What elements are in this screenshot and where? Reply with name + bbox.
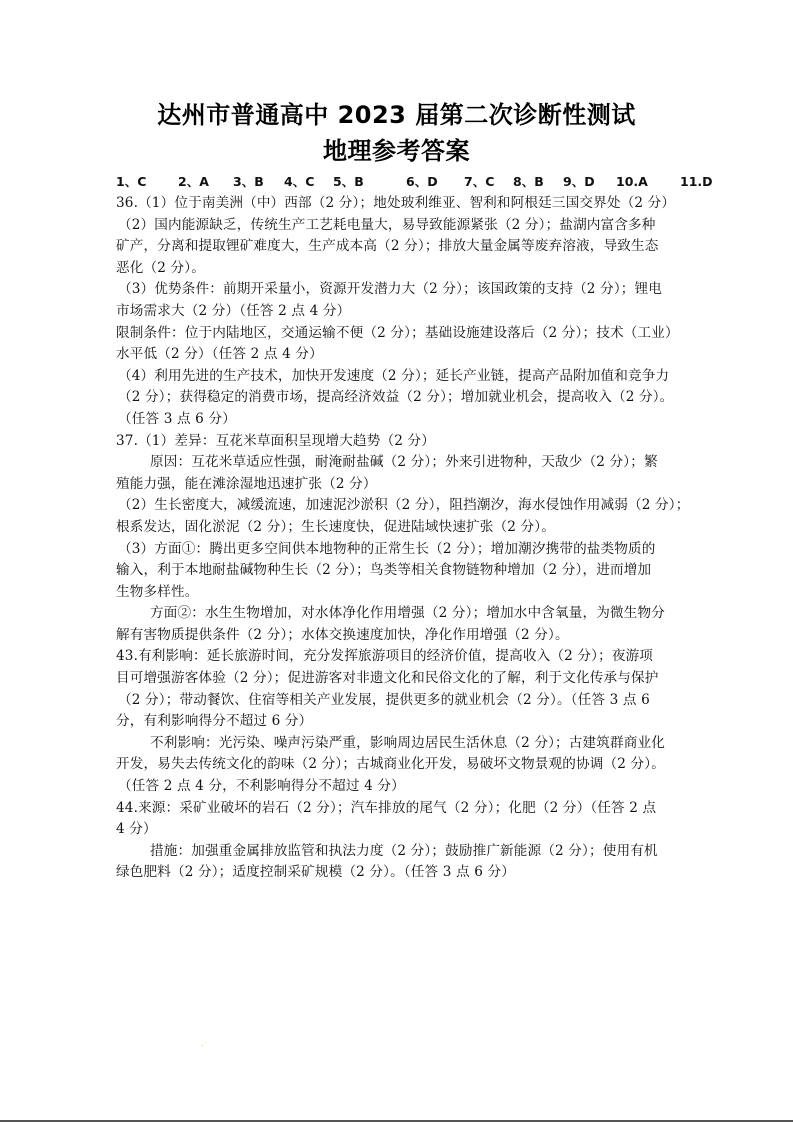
answer-line: 方面②：水生生物增加，对水体净化作用增强（2 分）；增加水中含氧量，为微生物分	[116, 603, 694, 625]
answer-line: （4）利用先进的生产技术，加快开发速度（2 分）；延长产业链，提高产品附加值和竞…	[116, 366, 694, 388]
answer-line: 分，有利影响得分不超过 6 分）	[116, 711, 694, 733]
mc-answer: 9、D	[563, 172, 595, 192]
document-title: 达州市普通高中 2023 届第二次诊断性测试	[0, 98, 793, 132]
answer-line: （2）生长密度大，减缓流速，加速泥沙淤积（2 分），阻挡潮汐，海水侵蚀作用减弱（…	[116, 495, 694, 517]
mc-answer: 1、C	[116, 172, 146, 192]
answer-line: 限制条件：位于内陆地区，交通运输不便（2 分）；基础设施建设落后（2 分）；技术…	[116, 323, 694, 345]
answer-line: 水平低（2 分）（任答 2 点 4 分）	[116, 344, 694, 366]
answer-line: 36.（1）位于南美洲（中）西部（2 分）；地处玻利维亚、智利和阿根廷三国交界处…	[116, 193, 694, 215]
answer-body: 36.（1）位于南美洲（中）西部（2 分）；地处玻利维亚、智利和阿根廷三国交界处…	[116, 193, 694, 884]
mc-answer: 8、B	[513, 172, 544, 192]
answer-line: 37.（1）差异：互花米草面积呈现增大趋势（2 分）	[116, 431, 694, 453]
mc-answer: 7、C	[464, 172, 494, 192]
answer-line: 市场需求大（2 分）（任答 2 点 4 分）	[116, 301, 694, 323]
mc-answer: 6、D	[406, 172, 438, 192]
answer-line: 不利影响：光污染、噪声污染严重，影响周边居民生活休息（2 分）；古建筑群商业化	[116, 733, 694, 755]
answer-line: 4 分）	[116, 819, 694, 841]
answer-line: （任答 2 点 4 分，不利影响得分不超过 4 分）	[116, 776, 694, 798]
answer-line: 43.有利影响：延长旅游时间，充分发挥旅游项目的经济价值，提高收入（2 分）；夜…	[116, 646, 694, 668]
document-subtitle: 地理参考答案	[0, 134, 793, 168]
answer-line: （2）国内能源缺乏，传统生产工艺耗电量大，易导致能源紧张（2 分）；盐湖内富含多…	[116, 215, 694, 237]
answer-key-page: 达州市普通高中 2023 届第二次诊断性测试 地理参考答案 1、C2、A3、B4…	[0, 0, 793, 1122]
answer-line: 绿色肥料（2 分）；适度控制采矿规模（2 分）。（任答 3 点 6 分）	[116, 862, 694, 884]
answer-line: 原因：互花米草适应性强，耐淹耐盐碱（2 分）；外来引进物种，天敌少（2 分）；繁	[116, 452, 694, 474]
answer-line: 措施：加强重金属排放监管和执法力度（2 分）；鼓励推广新能源（2 分）；使用有机	[116, 841, 694, 863]
mc-answer: 2、A	[178, 172, 209, 192]
answer-line: （2 分）；获得稳定的消费市场，提高经济效益（2 分）；增加就业机会，提高收入（…	[116, 387, 694, 409]
mc-answer: 11.D	[680, 172, 713, 192]
answer-line: 输入，利于本地耐盐碱物种生长（2 分）；鸟类等相关食物链物种增加（2 分），进而…	[116, 560, 694, 582]
answer-line: 矿产，分离和提取锂矿难度大，生产成本高（2 分）；排放大量金属等废弃溶液，导致生…	[116, 236, 694, 258]
answer-line: 生物多样性。	[116, 582, 694, 604]
mc-answer: 10.A	[616, 172, 648, 192]
answer-line: 目可增强游客体验（2 分）；促进游客对非遗文化和民俗文化的了解，利于文化传承与保…	[116, 668, 694, 690]
answer-line: 根系发达，固化淤泥（2 分）；生长速度快，促进陆域快速扩张（2 分）。	[116, 517, 694, 539]
answer-line: （3）优势条件：前期开采量小，资源开发潜力大（2 分）；该国政策的支持（2 分）…	[116, 279, 694, 301]
answer-line: （3）方面①：腾出更多空间供本地物种的正常生长（2 分）；增加潮汐携带的盐类物质…	[116, 539, 694, 561]
answer-line: （2 分）；带动餐饮、住宿等相关产业发展，提供更多的就业机会（2 分）。（任答 …	[116, 690, 694, 712]
mc-answer: 5、B	[333, 172, 364, 192]
answer-line: 殖能力强，能在滩涂湿地迅速扩张（2 分）	[116, 474, 694, 496]
scan-speck	[202, 1045, 203, 1046]
answer-line: 解有害物质提供条件（2 分）；水体交换速度加快，净化作用增强（2 分）。	[116, 625, 694, 647]
mc-answer: 4、C	[284, 172, 314, 192]
answer-line: 44.来源：采矿业破坏的岩石（2 分）；汽车排放的尾气（2 分）；化肥（2 分）…	[116, 798, 694, 820]
answer-line: 开发，易失去传统文化的韵味（2 分）；古城商业化开发，易破坏文物景观的协调（2 …	[116, 754, 694, 776]
answer-line: 恶化（2 分）。	[116, 258, 694, 280]
answer-line: （任答 3 点 6 分）	[116, 409, 694, 431]
mc-answer: 3、B	[233, 172, 264, 192]
